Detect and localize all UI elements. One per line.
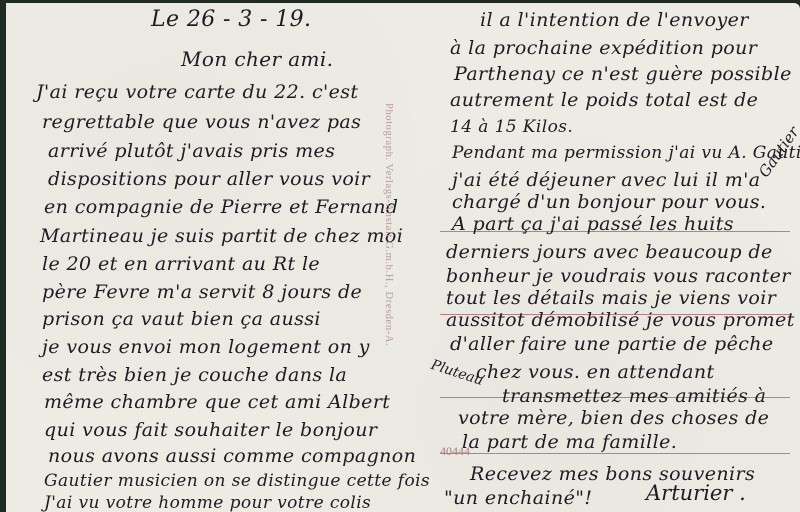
postcard-back: Le 26 - 3 - 19. Mon cher ami. J'ai reçu … <box>6 3 800 512</box>
right-line-13: aussitot démobilisé je vous promet <box>446 309 795 331</box>
left-line-4: dispositions pour aller vous voir <box>48 168 370 190</box>
right-line-3: Parthenay ce n'est guère possible <box>454 63 792 85</box>
right-line-16: transmettez mes amitiés à <box>502 385 766 407</box>
right-line-8: chargé d'un bonjour pour vous. <box>452 191 766 213</box>
right-line-1: il a l'intention de l'envoyer <box>480 9 749 31</box>
left-line-2: regrettable que vous n'avez pas <box>42 111 361 133</box>
printer-imprint: Photograph. Verlags-Anstalt G.m.b.H., Dr… <box>383 103 394 346</box>
left-line-13: qui vous fait souhaiter le bonjour <box>44 419 377 441</box>
left-line-3: arrivé plutôt j'avais pris mes <box>48 140 335 162</box>
salutation: Mon cher ami. <box>181 47 333 71</box>
right-line-17: votre mère, bien des choses de <box>458 407 769 429</box>
right-line-6: Pendant ma permission j'ai vu A. Gautier <box>452 143 800 163</box>
right-line-15: chez vous. en attendant <box>476 361 715 383</box>
left-line-8: père Fevre m'a servit 8 jours de <box>42 281 362 303</box>
left-line-1: J'ai reçu votre carte du 22. c'est <box>36 81 358 103</box>
address-rule-4 <box>440 453 790 454</box>
left-line-7: le 20 et en arrivant au Rt le <box>42 253 320 275</box>
right-line-5: 14 à 15 Kilos. <box>450 117 573 137</box>
left-line-6: Martineau je suis partit de chez moi <box>40 225 403 247</box>
right-line-12: tout les détails mais je viens voir <box>446 287 776 309</box>
date-line: Le 26 - 3 - 19. <box>151 7 311 32</box>
right-line-11: bonheur je voudrais vous raconter <box>446 265 791 287</box>
right-line-10: derniers jours avec beaucoup de <box>446 241 773 263</box>
left-line-5: en compagnie de Pierre et Fernand <box>44 196 398 218</box>
left-line-15: Gautier musicien on se distingue cette f… <box>44 471 430 491</box>
left-line-12: même chambre que cet ami Albert <box>44 391 390 413</box>
right-line-18: la part de ma famille. <box>462 431 677 453</box>
left-line-11: est très bien je couche dans la <box>42 364 347 386</box>
right-line-7: j'ai été déjeuner avec lui il m'a <box>452 169 760 191</box>
left-line-10: je vous envoi mon logement on y <box>42 336 370 358</box>
right-line-14: d'aller faire une partie de pêche <box>450 333 774 355</box>
right-line-2: à la prochaine expédition pour <box>450 37 757 59</box>
closing-quote: "un enchainé"! <box>444 487 592 509</box>
signature: Arturier . <box>646 481 746 505</box>
left-line-14: nous avons aussi comme compagnon <box>48 445 416 467</box>
left-line-16: J'ai vu votre homme pour votre colis <box>44 493 371 512</box>
right-line-4: autrement le poids total est de <box>450 89 758 111</box>
right-line-9: A part ça j'ai passé les huits <box>452 213 734 235</box>
left-line-9: prison ça vaut bien ça aussi <box>42 308 321 330</box>
